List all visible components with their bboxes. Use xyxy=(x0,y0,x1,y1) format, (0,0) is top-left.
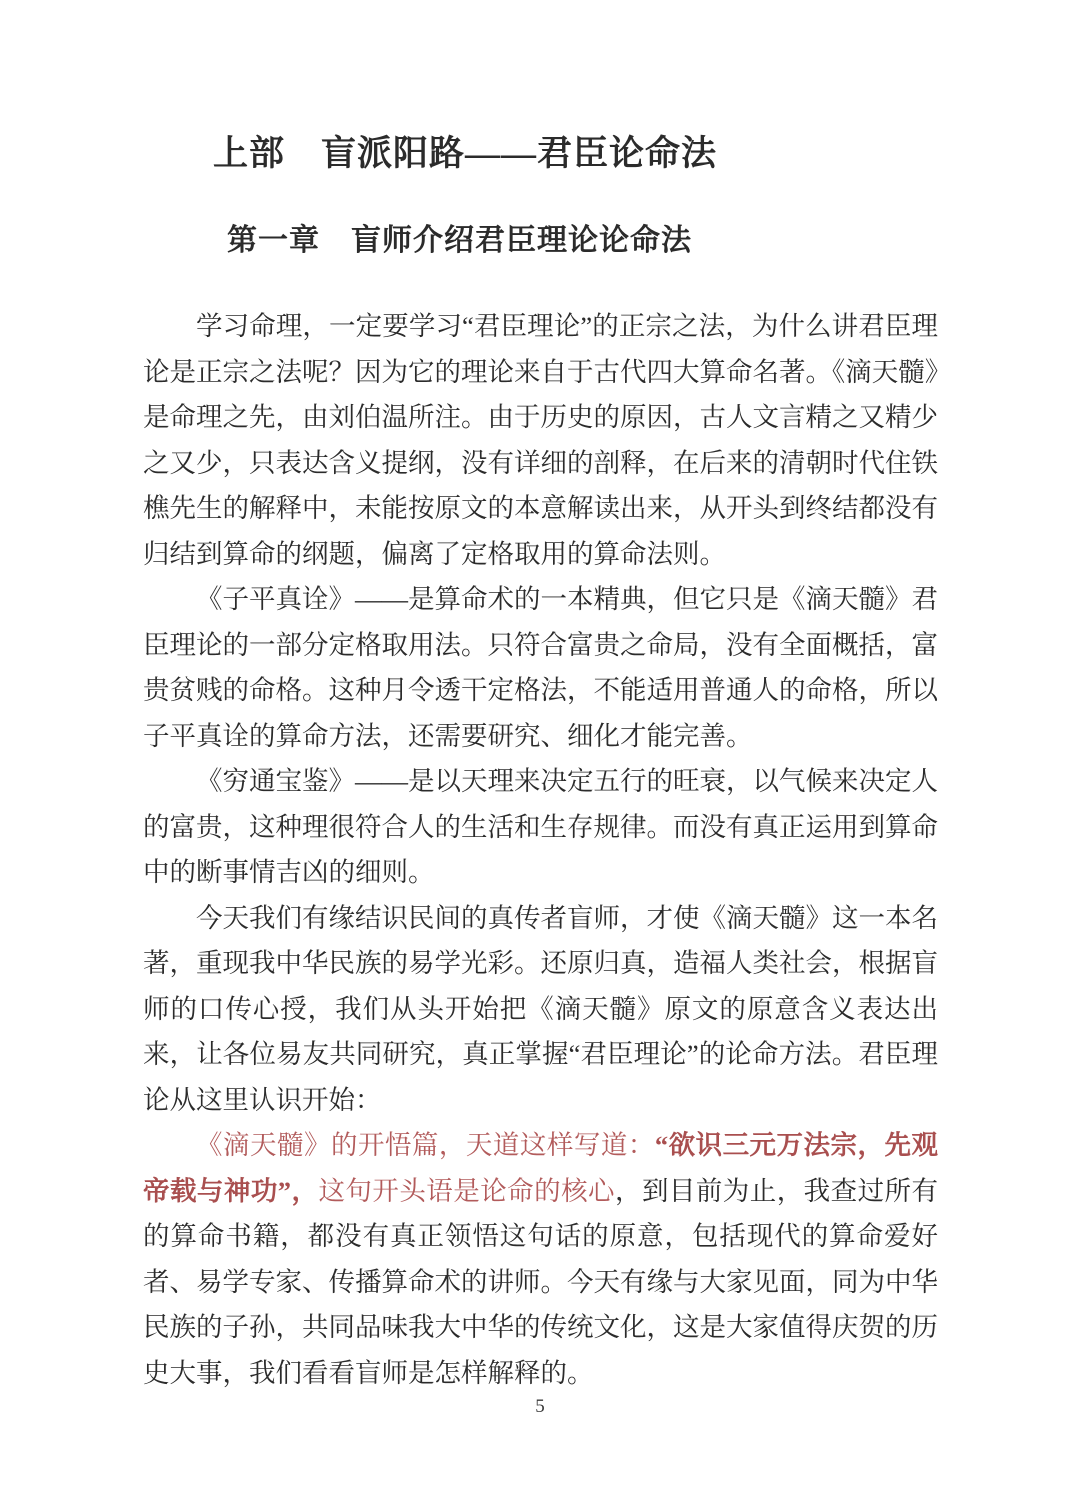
red-text-tail: 这句开头语是论命的核心 xyxy=(318,1176,615,1206)
page-number: 5 xyxy=(0,1396,1080,1418)
chapter-heading: 第一章 盲师介绍君臣理论论命法 xyxy=(227,215,692,259)
black-text-tail: ，到目前为止，我查过所有的算命书籍，都没有真正领悟这句话的原意，包括现代的算命爱… xyxy=(143,1176,938,1388)
body-text: 学习命理，一定要学习“君臣理论”的正宗之法，为什么讲君臣理论是正宗之法呢？因为它… xyxy=(143,304,938,1396)
red-text-lead: 《滴天髓》的开悟篇，天道这样写道： xyxy=(196,1130,655,1160)
paragraph-5: 《滴天髓》的开悟篇，天道这样写道：“欲识三元万法宗，先观帝载与神功”，这句开头语… xyxy=(143,1123,938,1396)
document-title: 上部 盲派阳路——君臣论命法 xyxy=(213,126,717,176)
paragraph-2: 《子平真诠》——是算命术的一本精典，但它只是《滴天髓》君臣理论的一部分定格取用法… xyxy=(143,577,938,759)
paragraph-1: 学习命理，一定要学习“君臣理论”的正宗之法，为什么讲君臣理论是正宗之法呢？因为它… xyxy=(143,304,938,577)
paragraph-3: 《穷通宝鉴》——是以天理来决定五行的旺衰，以气候来决定人的富贵，这种理很符合人的… xyxy=(143,759,938,896)
document-page: 上部 盲派阳路——君臣论命法 第一章 盲师介绍君臣理论论命法 学习命理，一定要学… xyxy=(0,0,1080,1504)
paragraph-4: 今天我们有缘结识民间的真传者盲师，才使《滴天髓》这一本名著，重现我中华民族的易学… xyxy=(143,896,938,1124)
